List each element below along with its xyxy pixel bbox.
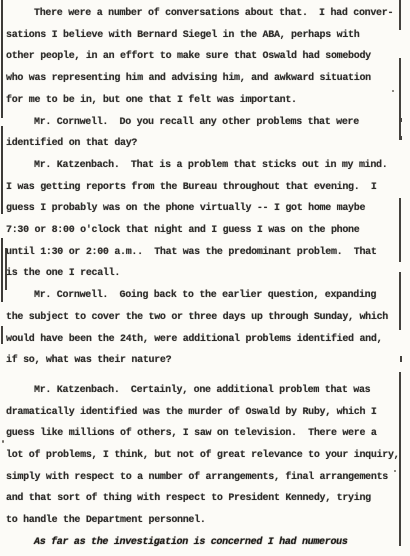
- scan-edge-line-left: [1, 0, 3, 118]
- paragraph-answer-continuation: There were a number of conversations abo…: [6, 3, 410, 112]
- paragraph-katzenbach-answer: Mr. Katzenbach. Certainly, one additiona…: [6, 380, 410, 532]
- scan-edge-line-left: [1, 126, 3, 214]
- scan-speck: [2, 440, 4, 443]
- transcript-text: There were a number of conversations abo…: [6, 3, 410, 554]
- scan-edge-line-left: [1, 326, 3, 344]
- paragraph-katzenbach-answer: Mr. Katzenbach. That is a problem that s…: [6, 155, 410, 285]
- paragraph-answer-continued-bottom: As far as the investigation is concerned…: [6, 532, 410, 554]
- document-page: There were a number of conversations abo…: [0, 0, 410, 556]
- paragraph-cornwell-question: Mr. Cornwell. Do you recall any other pr…: [6, 112, 410, 155]
- paragraph-cornwell-question: Mr. Cornwell. Going back to the earlier …: [6, 285, 410, 372]
- scan-edge-line-left: [1, 238, 3, 302]
